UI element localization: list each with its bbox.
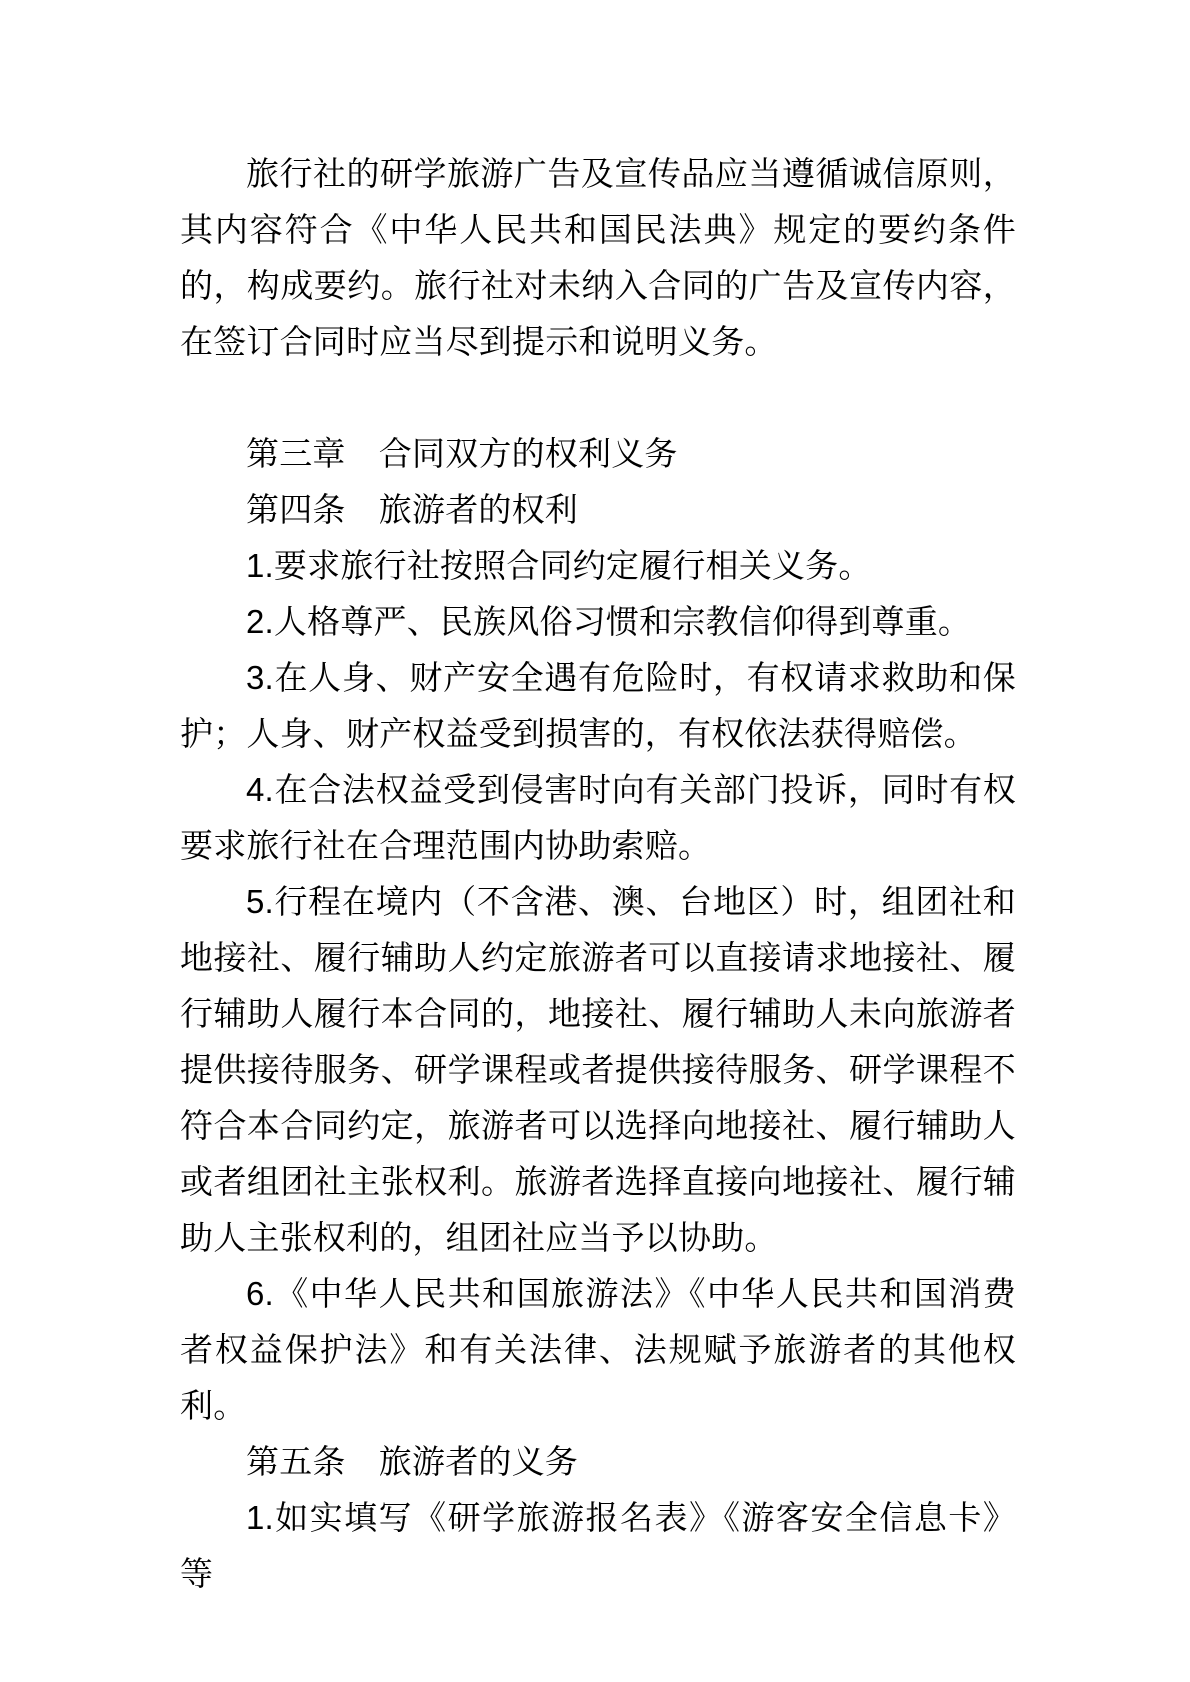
tourist-right-item-6: 6.《中华人民共和国旅游法》《中华人民共和国消费者权益保护法》和有关法律、法规赋… <box>180 1266 1016 1434</box>
document-body: 旅行社的研学旅游广告及宣传品应当遵循诚信原则，其内容符合《中华人民共和国民法典》… <box>180 146 1016 1602</box>
tourist-right-item-1: 1.要求旅行社按照合同约定履行相关义务。 <box>180 538 1016 594</box>
tourist-right-item-3: 3.在人身、财产安全遇有危险时，有权请求救助和保护；人身、财产权益受到损害的，有… <box>180 650 1016 762</box>
tourist-right-item-4: 4.在合法权益受到侵害时向有关部门投诉，同时有权要求旅行社在合理范围内协助索赔。 <box>180 762 1016 874</box>
article-4-heading-tourist-rights: 第四条 旅游者的权利 <box>180 482 1016 538</box>
paragraph-advertising-offer-clause: 旅行社的研学旅游广告及宣传品应当遵循诚信原则，其内容符合《中华人民共和国民法典》… <box>180 146 1016 370</box>
chapter-3-heading: 第三章 合同双方的权利义务 <box>180 426 1016 482</box>
document-page: 旅行社的研学旅游广告及宣传品应当遵循诚信原则，其内容符合《中华人民共和国民法典》… <box>0 0 1190 1682</box>
tourist-right-item-2: 2.人格尊严、民族风俗习惯和宗教信仰得到尊重。 <box>180 594 1016 650</box>
tourist-right-item-5: 5.行程在境内（不含港、澳、台地区）时，组团社和地接社、履行辅助人约定旅游者可以… <box>180 874 1016 1266</box>
tourist-obligation-item-1: 1.如实填写《研学旅游报名表》《游客安全信息卡》等 <box>180 1490 1016 1602</box>
article-5-heading-tourist-obligations: 第五条 旅游者的义务 <box>180 1434 1016 1490</box>
